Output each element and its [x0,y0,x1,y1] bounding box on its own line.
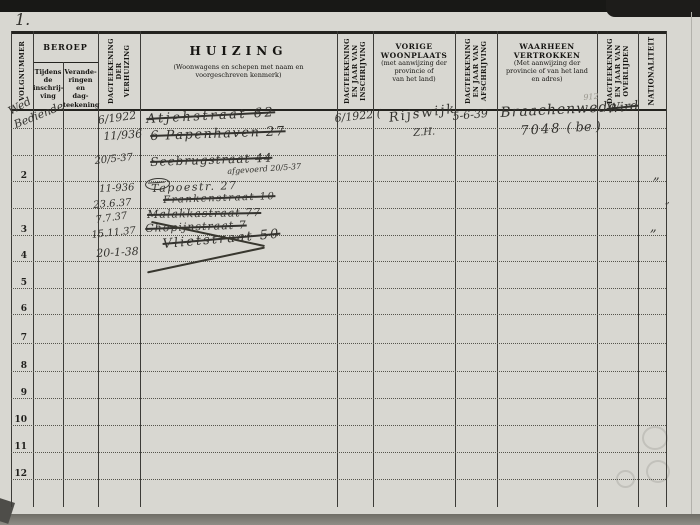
beroep-split-line [33,62,98,63]
column-header-afschrijving: DAGTEEKENING EN JAAR VAN AFSCHRIJVING [464,33,488,108]
row-divider [11,371,666,372]
row-number: 11 [7,442,27,452]
column-header-verhuizing: DAGTEEKENING DER VERHUIZING [107,33,131,108]
row-number: 12 [7,469,27,479]
row-divider [11,452,666,453]
handwriting-entry: Rijswijk [388,102,457,126]
table-right-border [666,31,667,507]
row-number: 3 [7,225,27,235]
handwriting-entry: Braachenwede [500,99,618,121]
handwriting-entry: 11/936 [103,127,143,143]
column-line [33,31,34,507]
row-divider [11,181,666,182]
column-line [140,31,141,507]
handwriting-entry: 5-6-39 [452,107,488,123]
column-header-waarheen-vertrokken: WAARHEEN VERTROKKEN [497,42,597,60]
row-number: 6 [7,304,27,314]
column-header-beroep: BEROEP [33,42,98,52]
handwriting-entry: 912 [583,92,599,102]
register-card-scan: 1. VOLGNUMMER DAGTEEKENING DER VERHUIZIN… [0,0,700,525]
row-number: 4 [7,251,27,261]
column-header-beroep-veranderingen: Verande- ringen en dag- teekening [63,68,98,109]
column-header-inschrijving: DAGTEEKENING EN JAAR VAN INSCHRIJVING [343,33,367,108]
scan-corner-blob [606,0,700,17]
paper-crease [691,12,692,514]
column-line [373,31,374,507]
column-header-vorige-woonplaats-sub: (met aanwijzing der provincie of van het… [373,60,455,83]
row-number: 10 [7,415,27,425]
handwriting-entry: Z.H. [413,126,436,138]
column-header-huizing-sub: (Woonwagens en schepen met naam en voorg… [140,64,337,80]
column-line [497,31,498,507]
column-header-beroep-tijdens: Tijdens de inschrij- ving [33,68,63,101]
row-divider [11,314,666,315]
handwriting-entry: 11-936 [99,182,135,195]
row-divider [11,261,666,262]
handwriting-entry: „ [650,220,657,235]
column-header-waarheen-vertrokken-sub: (Met aanwijzing der provincie of van het… [497,60,597,83]
handwriting-entry: 20-1-38 [96,245,139,260]
row-number: 5 [7,278,27,288]
scan-bottom-edge [0,514,700,525]
scan-top-edge [0,0,700,12]
column-header-nationaliteit: NATIONALITEIT [648,33,657,108]
column-header-overlijden: DAGTEEKENING EN JAAR VAN OVERLIJDEN [605,33,629,108]
row-number: 8 [7,361,27,371]
row-divider [11,398,666,399]
row-number: 9 [7,388,27,398]
handwriting-entry: 6/1922 [97,109,137,127]
handwriting-entry: 7048 [520,121,562,139]
handwriting-entry: Wird [606,99,639,117]
row-number: 2 [7,171,27,181]
handwriting-entry: 7.7.37 [95,211,128,226]
handwriting-entry: „ [653,168,660,183]
row-divider [11,343,666,344]
column-header-huizing: HUIZING [140,44,337,58]
ink-smudge [642,426,668,450]
row-divider [11,288,666,289]
row-divider [11,425,666,426]
handwriting-entry: „ [665,196,670,206]
row-divider [11,479,666,480]
column-header-vorige-woonplaats: VORIGE WOONPLAATS [373,42,455,60]
page-number: 1. [15,10,30,29]
handwriting-entry: ( be ) [566,119,601,136]
row-number: 7 [7,333,27,343]
